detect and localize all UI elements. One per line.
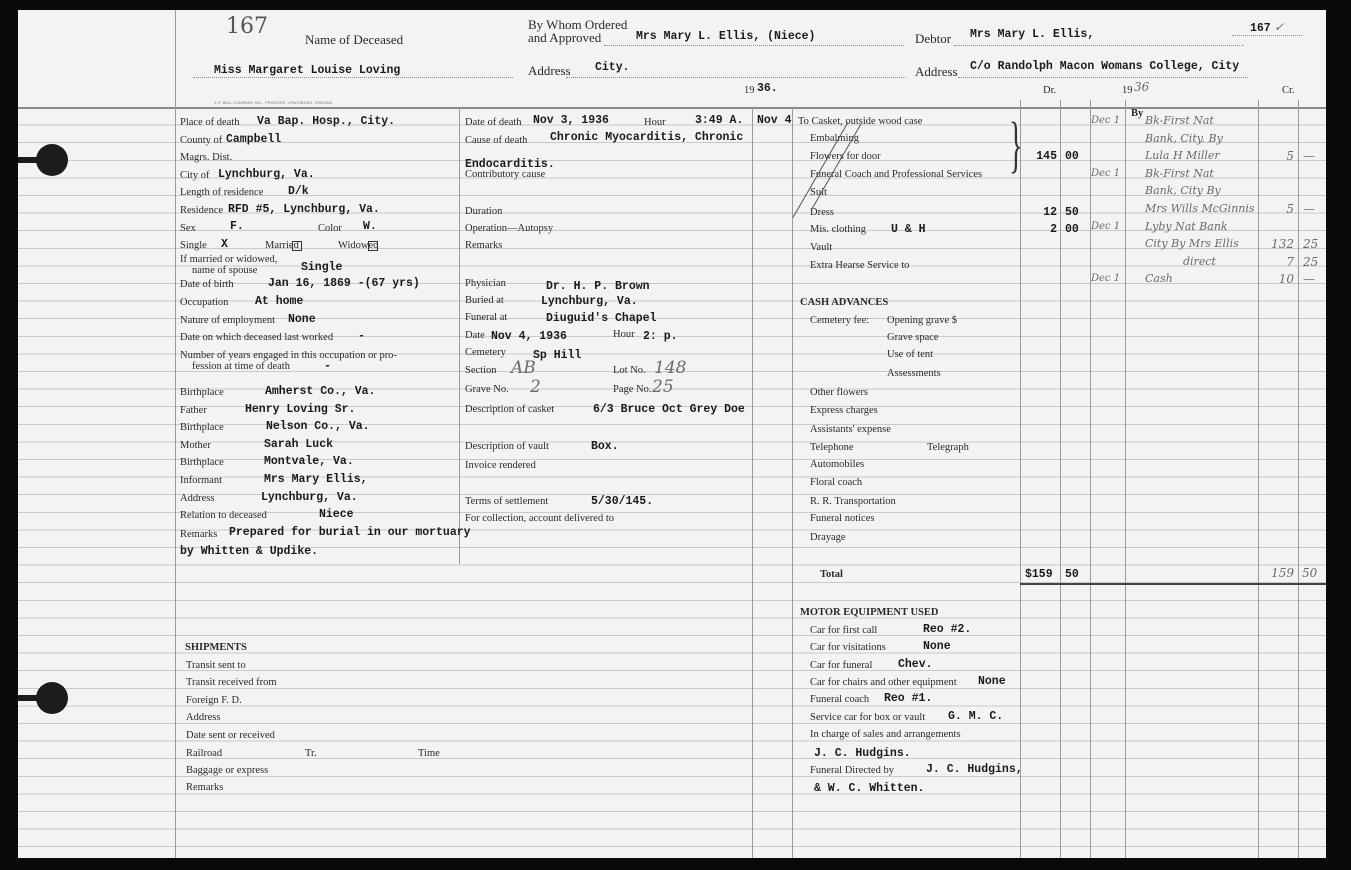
funeral-date-value: Nov 4, 1936 (491, 330, 567, 343)
cash-advances-title: CASH ADVANCES (800, 297, 888, 309)
vault-label: Description of vault (465, 441, 549, 453)
motor-item-label: Car for funeral (810, 660, 872, 672)
credit-extra-dollars: 7 (1258, 255, 1294, 269)
charge-item-label: Dress (810, 207, 834, 219)
cr-label: Cr. (1282, 85, 1295, 97)
charge-amount-cents: 00 (1065, 223, 1079, 236)
ordered-address-label: Address (528, 65, 571, 77)
field-value: Campbell (226, 133, 281, 146)
motor-item-value: G. M. C. (948, 710, 1003, 723)
credit-amount-cents: 25 (1303, 237, 1318, 251)
casket-value: 6/3 Bruce Oct Grey Doe (593, 403, 745, 416)
hour-value: 3:49 A. (695, 114, 743, 127)
credit-line: Lyby Nat Bank (1145, 220, 1228, 234)
credit-amount-dollars: 132 (1258, 237, 1294, 251)
field-value: RFD #5, Lynchburg, Va. (228, 203, 380, 216)
credit-line: direct (1183, 255, 1216, 269)
ordered-address: City. (595, 61, 630, 74)
sex-value: F. (230, 220, 244, 233)
credit-line: Bank, City. By (1145, 132, 1223, 146)
credit-line: Bk-First Nat (1145, 167, 1214, 181)
casket-label: Description of casket (465, 404, 554, 416)
field-label: Nature of employment (180, 315, 275, 327)
field-value: Lynchburg, Va. (218, 168, 315, 181)
field-label: Length of residence (180, 187, 263, 199)
column-divider (1020, 100, 1021, 858)
page-label: Page No. (613, 384, 652, 396)
printer-imprint: J. P. BELL COMPANY, INC., PRINTERS, LYNC… (214, 100, 332, 105)
column-divider (1298, 100, 1299, 858)
credit-date: Dec 1 (1091, 220, 1120, 234)
name-of-deceased: Miss Margaret Louise Loving (214, 64, 400, 77)
cash-advance-item: Floral coach (810, 477, 862, 489)
cash-advance-item: Telephone (810, 442, 854, 454)
field-value: Sarah Luck (264, 438, 333, 451)
charge-amount-dollars: 12 (1023, 206, 1057, 219)
ledger-number: 167 (1250, 22, 1271, 35)
ledger-year-suffix: 36 (1134, 80, 1149, 94)
charge-date: Nov 4 (757, 114, 792, 127)
column-divider (1090, 100, 1091, 858)
left-margin-line (175, 10, 176, 858)
cause-value-1: Chronic Myocarditis, Chronic (550, 131, 743, 144)
buried-label: Buried at (465, 295, 504, 307)
field-value: D/k (288, 185, 309, 198)
field-label: Informant (180, 475, 222, 487)
dr-label: Dr. (1043, 85, 1056, 97)
debtor: Mrs Mary L. Ellis, (970, 28, 1094, 41)
field-label: Address (180, 493, 214, 505)
section-label: Section (465, 365, 497, 377)
column-divider (752, 108, 753, 858)
remarks-value-2: by Whitten & Updike. (180, 545, 318, 558)
hour-label: Hour (644, 117, 666, 129)
credit-amount-dollars: 5 (1258, 202, 1294, 216)
married-checkbox (292, 241, 302, 251)
funeral-hour-value: 2: p. (643, 330, 678, 343)
telegraph-label: Telegraph (927, 442, 969, 454)
cash-advance-item: Funeral notices (810, 513, 874, 525)
total-underline (1020, 583, 1326, 585)
field-value: At home (255, 295, 303, 308)
shipments-title: SHIPMENTS (185, 642, 247, 654)
charge-amount-dollars: 2 (1023, 223, 1057, 236)
field-label: Father (180, 405, 207, 417)
credit-date: Dec 1 (1091, 167, 1120, 181)
credit-extra-cents: 25 (1303, 255, 1318, 269)
funeral-date-label: Date (465, 330, 485, 342)
motor-item-label: Car for visitations (810, 642, 886, 654)
operation-label: Operation—Autopsy (465, 223, 553, 235)
terms-value: 5/30/145. (591, 495, 653, 508)
field-label: Date on which deceased last worked (180, 332, 333, 344)
charge-amount-dollars: 145 (1023, 150, 1057, 163)
field-value: Henry Loving Sr. (245, 403, 355, 416)
remarks-label: Remarks (180, 529, 217, 541)
shipment-item-label: Address (186, 712, 220, 724)
dotted-line (954, 45, 1244, 46)
vault-value: Box. (591, 440, 619, 453)
field-value: Va Bap. Hosp., City. (257, 115, 395, 128)
field-value: Jan 16, 1869 -(67 yrs) (268, 277, 420, 290)
punch-hole (36, 682, 68, 714)
credit-line: Bk-First Nat (1145, 114, 1214, 128)
field-value: Amherst Co., Va. (265, 385, 375, 398)
total-cents: 50 (1065, 568, 1079, 581)
ordered-by: Mrs Mary L. Ellis, (Niece) (636, 30, 815, 43)
ledger-year-prefix: 19 (1122, 85, 1133, 97)
motor-item-label: Car for first call (810, 625, 877, 637)
total-dollars: $159 (1025, 568, 1053, 581)
credit-total-dollars: 159 (1258, 566, 1294, 580)
charge-item-label: Vault (810, 242, 832, 254)
header-divider (18, 107, 1326, 109)
funeral-record-card: 167 Name of Deceased Miss Margaret Louis… (18, 10, 1326, 858)
page-value: 25 (652, 380, 674, 394)
motor-item-label: Service car for box or vault (810, 712, 925, 724)
punch-hole (36, 144, 68, 176)
funeral-at-label: Funeral at (465, 312, 507, 324)
year-suffix: 36. (757, 82, 778, 95)
shipment-item-label: Date sent or received (186, 730, 275, 742)
buried-value: Lynchburg, Va. (541, 295, 638, 308)
tr-label: Tr. (305, 748, 317, 760)
credit-amount-dollars: 5 (1258, 149, 1294, 163)
credit-date: Dec 1 (1091, 114, 1120, 128)
field-label: Mother (180, 440, 211, 452)
death-remarks-label: Remarks (465, 240, 502, 252)
ordered-label-2: and Approved (528, 32, 601, 44)
motor-item-value: Reo #1. (884, 692, 932, 705)
cash-advance-item: Automobiles (810, 459, 864, 471)
cash-advance-item: Assistants' expense (810, 424, 891, 436)
motor-title: MOTOR EQUIPMENT USED (800, 607, 938, 619)
grave-label: Grave No. (465, 384, 509, 396)
single-label: Single (180, 240, 207, 252)
charge-amount-cents: 50 (1065, 206, 1079, 219)
motor-item-value: Reo #2. (923, 623, 971, 636)
field-label: Relation to deceased (180, 510, 267, 522)
dotted-line (1232, 35, 1302, 36)
cemetery-fee-item: Opening grave $ (887, 315, 957, 327)
in-charge-label: In charge of sales and arrangements (810, 729, 961, 741)
shipment-item-label: Foreign F. D. (186, 695, 242, 707)
field-label: Birthplace (180, 457, 224, 469)
motor-item-label: Funeral coach (810, 694, 869, 706)
charge-item-label: Funeral Coach and Professional Services (810, 169, 982, 181)
field-value: Nelson Co., Va. (266, 420, 370, 433)
cemetery-fee-item: Use of tent (887, 349, 933, 361)
charge-item-label: Mis. clothing (810, 224, 866, 236)
name-of-deceased-label: Name of Deceased (305, 34, 403, 46)
widowed-checkbox (368, 241, 378, 251)
shipment-item-label: Transit sent to (186, 660, 246, 672)
field-label: City of (180, 170, 209, 182)
cemetery-fee-label: Cemetery fee: (810, 315, 869, 327)
credit-amount-dollars: 10 (1258, 272, 1294, 286)
credit-amount-cents: — (1303, 202, 1315, 216)
motor-item-value: None (978, 675, 1006, 688)
column-divider (1125, 100, 1126, 858)
directed-by-2: & W. C. Whitten. (814, 782, 924, 795)
field-label: County of (180, 135, 222, 147)
charge-item-label: Flowers for door (810, 151, 881, 163)
color-label: Color (318, 223, 342, 235)
date-of-death-value: Nov 3, 1936 (533, 114, 609, 127)
field-value: Niece (319, 508, 354, 521)
charge-item-note: U & H (891, 223, 926, 236)
time-label: Time (418, 748, 440, 760)
motor-item-value: Chev. (898, 658, 933, 671)
shipment-item-label: Transit received from (186, 677, 277, 689)
funeral-hour-label: Hour (613, 329, 635, 341)
shipment-item-label: Railroad (186, 748, 222, 760)
column-divider (1060, 100, 1061, 858)
cash-advance-item: Express charges (810, 405, 878, 417)
duration-label: Duration (465, 206, 502, 218)
color-value: W. (363, 220, 377, 233)
dotted-line (604, 45, 904, 46)
invoice-label: Invoice rendered (465, 460, 536, 472)
motor-item-value: None (923, 640, 951, 653)
credit-line: Mrs Wills McGinnis (1145, 202, 1255, 216)
debtor-address-label: Address (915, 66, 958, 78)
ledger-check: ✓ (1274, 20, 1284, 34)
credit-total-cents: 50 (1302, 566, 1317, 580)
contributory-label: Contributory cause (465, 169, 545, 181)
credit-line: Bank, City By (1145, 184, 1221, 198)
physician-value: Dr. H. P. Brown (546, 280, 650, 293)
spouse-value: Single (301, 261, 342, 274)
spouse-label-2: name of spouse (192, 265, 257, 277)
cause-label: Cause of death (465, 135, 527, 147)
motor-item-label: Car for chairs and other equipment (810, 677, 957, 689)
sex-label: Sex (180, 223, 196, 235)
charge-item-label: Extra Hearse Service to (810, 260, 909, 272)
cemetery-fee-item: Grave space (887, 332, 939, 344)
in-charge-value: J. C. Hudgins. (814, 747, 911, 760)
lot-label: Lot No. (613, 365, 646, 377)
section-value: AB (511, 361, 536, 375)
by-label: By (1131, 108, 1143, 120)
directed-by-1: J. C. Hudgins, (926, 763, 1023, 776)
terms-label: Terms of settlement (465, 496, 548, 508)
credit-date: Dec 1 (1091, 272, 1120, 286)
lot-value: 148 (654, 361, 686, 375)
years-engaged-label-2: fession at time of death (192, 361, 290, 373)
column-divider (792, 108, 793, 858)
field-value: Mrs Mary Ellis, (264, 473, 368, 486)
field-label: Birthplace (180, 387, 224, 399)
field-label: Magrs. Dist. (180, 152, 232, 164)
dotted-line (193, 77, 513, 78)
column-divider (459, 108, 460, 564)
cash-advance-item: Other flowers (810, 387, 868, 399)
brace: } (1009, 110, 1022, 181)
physician-label: Physician (465, 278, 506, 290)
field-label: Place of death (180, 117, 239, 129)
dotted-line (566, 77, 906, 78)
field-value: - (358, 330, 365, 343)
cash-advance-item: R. R. Transportation (810, 496, 896, 508)
dotted-line (958, 77, 1248, 78)
credit-line: Lula H Miller (1145, 149, 1220, 163)
directed-label: Funeral Directed by (810, 765, 894, 777)
grave-value: 2 (530, 380, 541, 394)
funeral-at-value: Diuguid's Chapel (546, 312, 656, 325)
year-prefix: 19 (744, 85, 755, 97)
field-value: Lynchburg, Va. (261, 491, 358, 504)
card-number-handwritten: 167 (226, 20, 268, 34)
debtor-label: Debtor (915, 33, 951, 45)
cemetery-fee-item: Assessments (887, 368, 941, 380)
cemetery-label: Cemetery (465, 347, 506, 359)
debtor-address: C/o Randolph Macon Womans College, City (970, 60, 1239, 73)
shipment-item-label: Remarks (186, 782, 223, 794)
field-label: Occupation (180, 297, 228, 309)
shipment-item-label: Baggage or express (186, 765, 268, 777)
field-value: Montvale, Va. (264, 455, 354, 468)
field-label: Birthplace (180, 422, 224, 434)
collection-label: For collection, account delivered to (465, 513, 614, 525)
field-label: Residence (180, 205, 223, 217)
credit-amount-cents: — (1303, 272, 1315, 286)
charge-amount-cents: 00 (1065, 150, 1079, 163)
credit-amount-cents: — (1303, 149, 1315, 163)
field-label: Date of birth (180, 279, 234, 291)
total-label: Total (820, 569, 843, 581)
date-of-death-label: Date of death (465, 117, 522, 129)
years-engaged-value: - (324, 360, 331, 373)
credit-line: City By Mrs Ellis (1145, 237, 1239, 251)
remarks-value-1: Prepared for burial in our mortuary (229, 526, 471, 539)
cash-advance-item: Drayage (810, 532, 846, 544)
single-checkbox-mark: X (221, 238, 228, 251)
field-value: None (288, 313, 316, 326)
credit-line: Cash (1145, 272, 1173, 286)
cemetery-value: Sp Hill (533, 349, 581, 362)
